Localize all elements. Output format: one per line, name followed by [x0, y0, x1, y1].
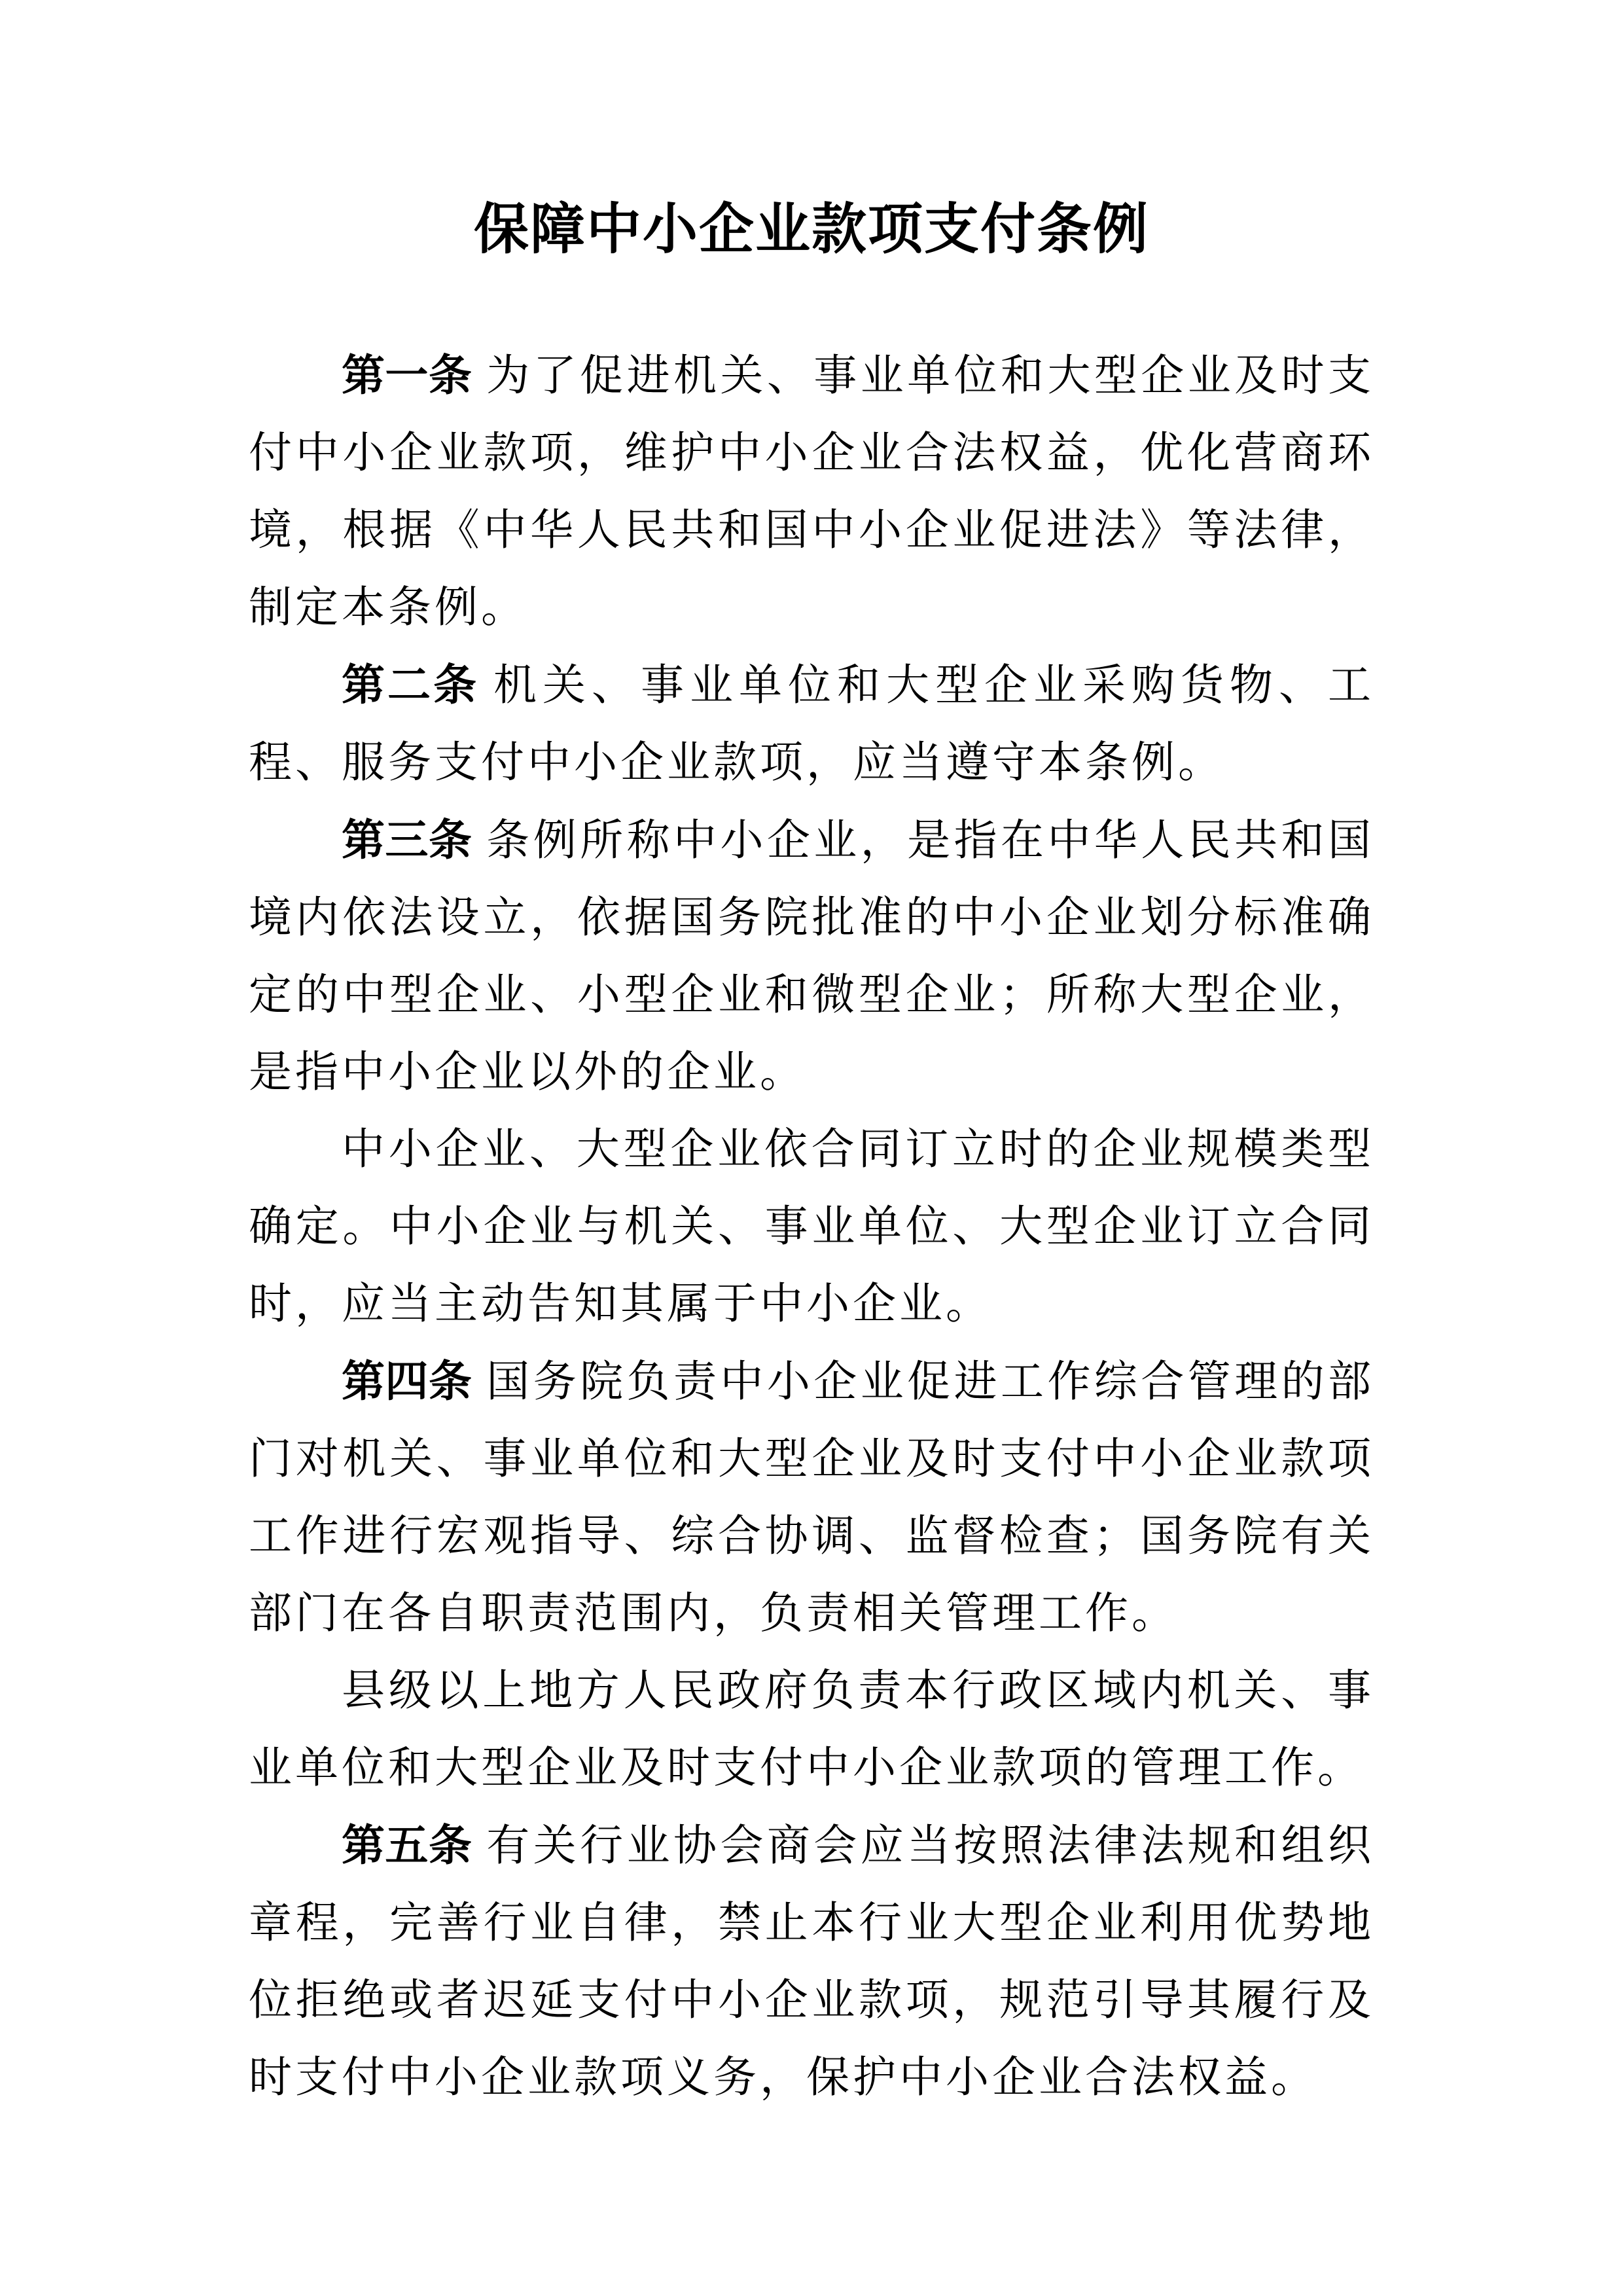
article-3-clause-2-paragraph: 中小企业、大型企业依合同订立时的企业规模类型确定。中小企业与机关、事业单位、大型…: [249, 1111, 1374, 1342]
article-text: 县级以上地方人民政府负责本行政区域内机关、事业单位和大型企业及时支付中小企业款项…: [249, 1665, 1374, 1793]
article-number: 第五条: [342, 1820, 472, 1871]
article-number: 第三条: [342, 814, 472, 865]
article-text: 中小企业、大型企业依合同订立时的企业规模类型确定。中小企业与机关、事业单位、大型…: [249, 1124, 1374, 1329]
article-2-paragraph: 第二条机关、事业单位和大型企业采购货物、工程、服务支付中小企业款项，应当遵守本条…: [249, 646, 1374, 801]
article-4-clause-2-paragraph: 县级以上地方人民政府负责本行政区域内机关、事业单位和大型企业及时支付中小企业款项…: [249, 1652, 1374, 1806]
document-page: 保障中小企业款项支付条例 第一条为了促进机关、事业单位和大型企业及时支付中小企业…: [0, 0, 1623, 2296]
article-4-paragraph: 第四条国务院负责中小企业促进工作综合管理的部门对机关、事业单位和大型企业及时支付…: [249, 1342, 1374, 1652]
article-1-paragraph: 第一条为了促进机关、事业单位和大型企业及时支付中小企业款项，维护中小企业合法权益…: [249, 336, 1374, 646]
document-body: 第一条为了促进机关、事业单位和大型企业及时支付中小企业款项，维护中小企业合法权益…: [249, 336, 1374, 2116]
article-number: 第一条: [342, 350, 472, 401]
article-3-paragraph: 第三条条例所称中小企业，是指在中华人民共和国境内依法设立，依据国务院批准的中小企…: [249, 801, 1374, 1111]
article-5-paragraph: 第五条有关行业协会商会应当按照法律法规和组织章程，完善行业自律，禁止本行业大型企…: [249, 1806, 1374, 2116]
document-title: 保障中小企业款项支付条例: [0, 190, 1623, 268]
article-number: 第二条: [342, 659, 479, 710]
article-number: 第四条: [342, 1355, 472, 1407]
